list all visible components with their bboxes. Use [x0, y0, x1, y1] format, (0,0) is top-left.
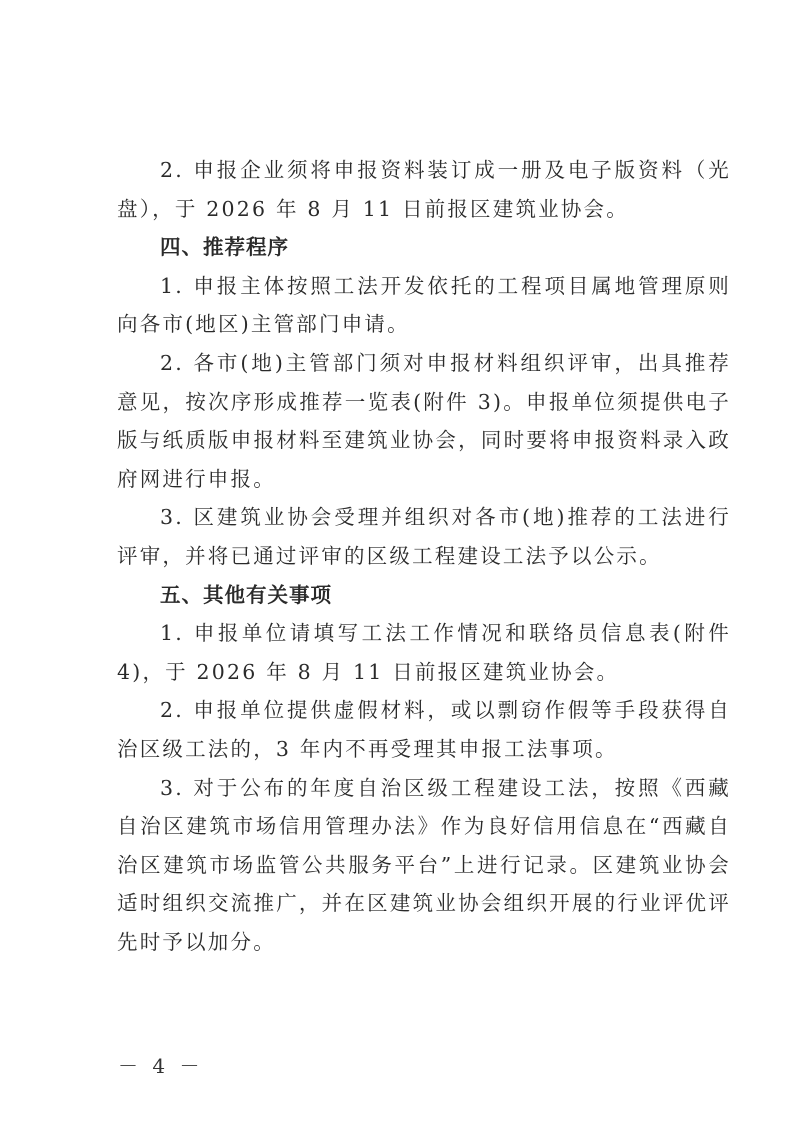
page-number: － 4 － — [118, 1050, 203, 1079]
paragraph-other-1: 1. 申报单位请填写工法工作情况和联络员信息表(附件 4)，于 2026 年 8… — [117, 614, 731, 691]
document-page: 2. 申报企业须将申报资料装订成一册及电子版资料（光盘），于 2026 年 8 … — [0, 0, 794, 1122]
paragraph-procedure-2: 2. 各市(地)主管部门须对申报材料组织评审，出具推荐意见，按次序形成推荐一览表… — [117, 344, 731, 498]
paragraph-submission-binding: 2. 申报企业须将申报资料装订成一册及电子版资料（光盘），于 2026 年 8 … — [117, 151, 731, 228]
paragraph-procedure-3: 3. 区建筑业协会受理并组织对各市(地)推荐的工法进行评审，并将已通过评审的区级… — [117, 498, 731, 575]
section-heading-recommendation-procedure: 四、推荐程序 — [117, 228, 731, 267]
paragraph-procedure-1: 1. 申报主体按照工法开发依托的工程项目属地管理原则向各市(地区)主管部门申请。 — [117, 267, 731, 344]
document-body: 2. 申报企业须将申报资料装订成一册及电子版资料（光盘），于 2026 年 8 … — [117, 151, 731, 961]
section-heading-other-matters: 五、其他有关事项 — [117, 576, 731, 615]
paragraph-other-2: 2. 申报单位提供虚假材料，或以剽窃作假等手段获得自治区级工法的，3 年内不再受… — [117, 691, 731, 768]
paragraph-other-3: 3. 对于公布的年度自治区级工程建设工法，按照《西藏自治区建筑市场信用管理办法》… — [117, 769, 731, 962]
